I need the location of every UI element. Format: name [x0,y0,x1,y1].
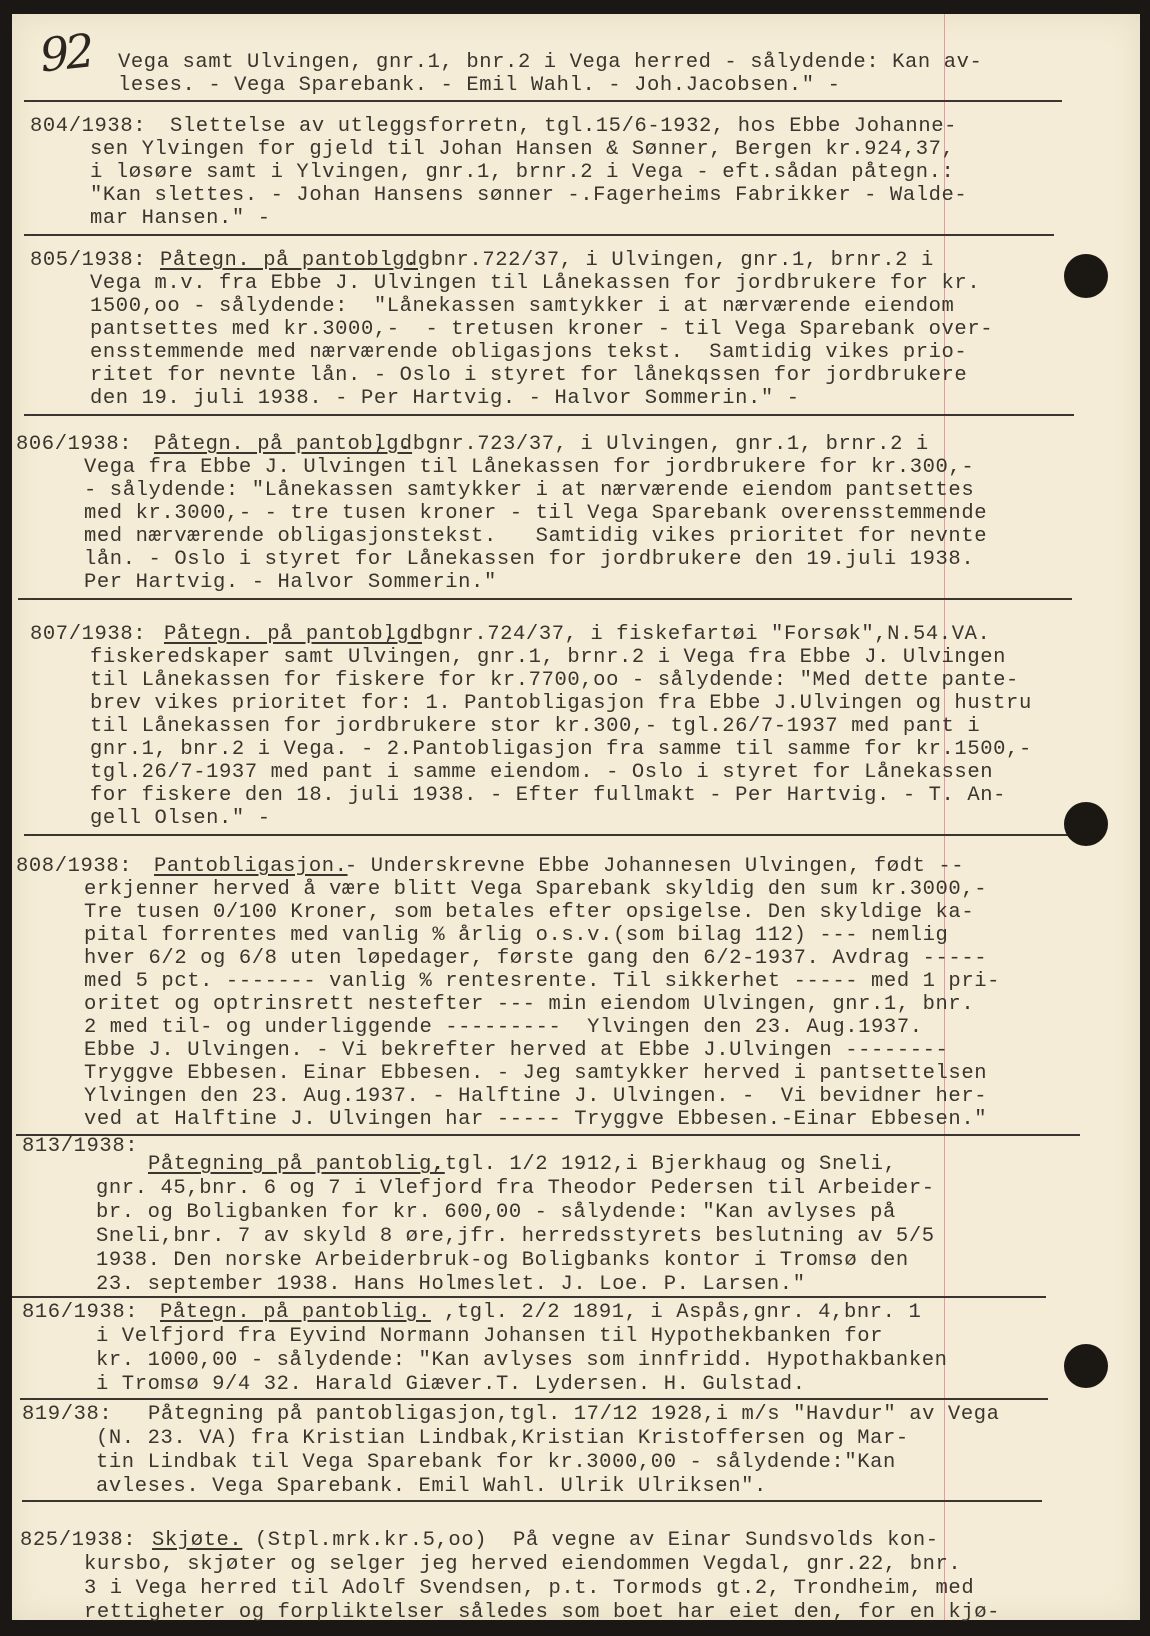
text-line: fiskeredskaper samt Ulvingen, gnr.1, brn… [90,647,1006,669]
divider [20,1398,1048,1400]
text-line: , dbgnr.723/37, i Ulvingen, gnr.1, brnr.… [374,434,929,456]
entry-number: 806/1938: [16,434,132,456]
text-line: rettigheter og forpliktelser således som… [84,1602,1000,1624]
divider [24,834,1074,836]
entry-number: 825/1938: [20,1530,136,1552]
text-line: gnr. 45,bnr. 6 og 7 i Vlefjord fra Theod… [96,1178,935,1200]
text-line: i løsøre samt i Ylvingen, gnr.1, brnr.2 … [90,162,954,184]
text-line: brev vikes prioritet for: 1. Pantobligas… [90,693,1032,715]
text-line: Sneli,bnr. 7 av skyld 8 øre,jfr. herreds… [96,1226,935,1248]
entry-title: Påtegn. på pantoblig. [160,1302,431,1324]
divider [18,598,1072,600]
text-line: tgl.26/7-1937 med pant i samme eiendom. … [90,762,993,784]
entry-number: 813/1938: [22,1136,138,1158]
text-line: med 5 pct. ------- vanlig % rentesrente.… [84,971,1000,993]
text-line: ritet for nevnte lån. - Oslo i styret fo… [90,365,967,387]
text-line: - sålydende: "Lånekassen samtykker i at … [84,480,974,502]
text-line: med nærværende obligasjonstekst. Samtidi… [84,526,987,548]
text-line: ved at Halftine J. Ulvingen har ----- Tr… [84,1109,987,1131]
entry-number: 816/1938: [22,1302,138,1324]
text-line: Ebbe J. Ulvingen. - Vi bekrefter herved … [84,1040,948,1062]
text-line: pital forrentes med vanlig % årlig o.s.v… [84,925,948,947]
text-line: Slettelse av utleggsforretn, tgl.15/6-19… [170,116,957,138]
text-line: sen Ylvingen for gjeld til Johan Hansen … [90,139,954,161]
text-line: oritet og optrinsrett nestefter --- min … [84,994,974,1016]
text-line: til Lånekassen for jordbrukere stor kr.3… [90,716,980,738]
text-line: br. og Boligbanken for kr. 600,00 - såly… [96,1202,896,1224]
text-line: den 19. juli 1938. - Per Hartvig. - Halv… [90,388,800,410]
text-line: 1938. Den norske Arbeiderbruk-og Boligba… [96,1250,909,1272]
document-page: 92 Vega samt Ulvingen, gnr.1, bnr.2 i Ve… [12,14,1140,1620]
text-line: , dbgnr.724/37, i fiskefartøi "Forsøk",N… [384,624,990,646]
text-line: dgbnr.722/37, i Ulvingen, gnr.1, brnr.2 … [392,250,934,272]
text-line: ,tgl. 1/2 1912,i Bjerkhaug og Sneli, [432,1154,896,1176]
text-line: (Stpl.mrk.kr.5,oo) På vegne av Einar Sun… [242,1530,939,1552]
text-line: for fiskere den 18. juli 1938. - Efter f… [90,785,1006,807]
text-line: kr. 1000,00 - sålydende: "Kan avlyses so… [96,1350,948,1372]
entry-number: 807/1938: [30,624,146,646]
text-line: gell Olsen." - [90,808,271,830]
text-line: kursbo, skjøter og selger jeg herved eie… [84,1554,961,1576]
text-line: Tryggve Ebbesen. Einar Ebbesen. - Jeg sa… [84,1063,987,1085]
text-line: til Lånekassen for fiskere for kr.7700,o… [90,670,1019,692]
divider [24,414,1074,416]
text-line: Vega fra Ebbe J. Ulvingen til Lånekassen… [84,457,974,479]
entry-number: 805/1938: [30,250,146,272]
text-line: hver 6/2 og 6/8 uten løpedager, første g… [84,948,987,970]
text-line: mar Hansen." - [90,208,271,230]
red-margin-line [944,14,945,1620]
text-line: (N. 23. VA) fra Kristian Lindbak,Kristia… [96,1428,909,1450]
text-line: leses. - Vega Sparebank. - Emil Wahl. - … [118,75,841,97]
divider [22,1500,1042,1502]
text-line: med kr.3000,- - tre tusen kroner - til V… [84,503,987,525]
entry-title: Skjøte. [152,1530,242,1552]
text-line: pantsettes med kr.3000,- - tretusen kron… [90,319,993,341]
text-line: Vega samt Ulvingen, gnr.1, bnr.2 i Vega … [118,52,982,74]
divider [24,234,1054,236]
text-line: lån. - Oslo i styret for Lånekassen for … [84,549,974,571]
text-line: Påtegning på pantobligasjon,tgl. 17/12 1… [148,1404,1000,1426]
entry-title: Påtegning på pantoblig. [148,1154,445,1176]
text-line: 23. september 1938. Hans Holmeslet. J. L… [96,1274,806,1296]
text-line: 2 med til- og underliggende --------- Yl… [84,1017,923,1039]
text-line: Per Hartvig. - Halvor Sommerin." [84,572,497,594]
text-line: - Underskrevne Ebbe Johannesen Ulvingen,… [332,856,964,878]
text-line: gnr.1, bnr.2 i Vega. - 2.Pantobligasjon … [90,739,1032,761]
text-line: Tre tusen 0/100 Kroner, som betales efte… [84,902,974,924]
punch-hole-icon [1064,1344,1108,1388]
text-line: 3 i Vega herred til Adolf Svendsen, p.t.… [84,1578,974,1600]
text-line: erkjenner herved å være blitt Vega Spare… [84,879,987,901]
divider [16,1134,1080,1136]
divider [24,100,1062,102]
text-line: avleses. Vega Sparebank. Emil Wahl. Ulri… [96,1476,767,1498]
punch-hole-icon [1064,802,1108,846]
text-line: i Velfjord fra Eyvind Normann Johansen t… [96,1326,883,1348]
text-line: Vega m.v. fra Ebbe J. Ulvingen til Lånek… [90,273,980,295]
text-line: i Tromsø 9/4 32. Harald Giæver.T. Lyders… [96,1374,806,1396]
entry-number: 819/38: [22,1404,112,1426]
text-line: 1500,oo - sålydende: "Lånekassen samtykk… [90,296,954,318]
entry-number: 808/1938: [16,856,132,878]
entry-number: 804/1938: [30,116,146,138]
text-line: tin Lindbak til Vega Sparebank for kr.30… [96,1452,896,1474]
punch-hole-icon [1064,254,1108,298]
divider [12,1296,1046,1298]
entry-title: Pantobligasjon. [154,856,348,878]
text-line: Ylvingen den 23. Aug.1937. - Halftine J.… [84,1086,987,1108]
text-line: ensstemmende med nærværende obligasjons … [90,342,967,364]
text-line: "Kan slettes. - Johan Hansens sønner -.F… [90,185,967,207]
text-line: ,tgl. 2/2 1891, i Aspås,gnr. 4,bnr. 1 [444,1302,921,1324]
handwritten-page-number: 92 [37,24,93,83]
entry-title: Påtegn. på pantoblg. [160,250,418,272]
